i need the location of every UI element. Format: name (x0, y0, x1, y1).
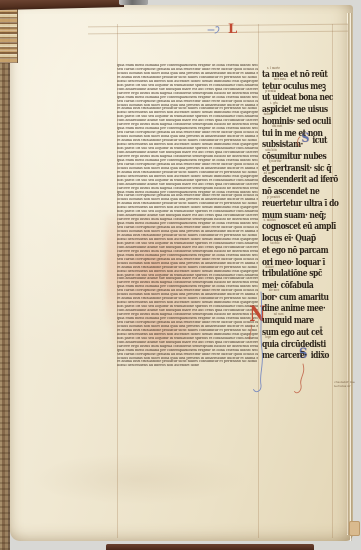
ruling-line-vertical (258, 24, 259, 538)
gloss-column: quia enim mens humana per contemplatione… (117, 64, 258, 371)
interlinear-gloss: p'sentia (265, 90, 276, 93)
parchment-crease (34, 435, 294, 515)
marginal-annotation-line: lectulus m' (334, 385, 355, 389)
interlinear-gloss: iudicis (264, 113, 273, 116)
facing-page-decorated-edge (0, 9, 18, 63)
interlinear-gloss: q̄ moritur (269, 160, 282, 163)
bible-line: sum ego aut cet̄ (262, 328, 338, 340)
interlinear-gloss: lege (265, 336, 271, 339)
bible-line: tribulatiōne spc̄ (262, 269, 338, 281)
interlinear-gloss: ad ima (264, 172, 273, 175)
bible-line: bor· cum amaritu (262, 293, 338, 305)
bible-line: me carcere̅· (262, 351, 338, 363)
interlinear-gloss: s. mūdus (264, 219, 276, 222)
interlinear-gloss: s. ī morte (267, 67, 280, 70)
interlinear-gloss: i. gr̄a (270, 102, 277, 105)
bible-line: aspiciet me uisus (262, 105, 338, 117)
metal-clip-icon (119, 0, 148, 5)
interlinear-gloss: nō sum (274, 313, 284, 316)
interlinear-gloss: uita hōis (265, 149, 277, 152)
bible-line: descenderit ad iferō (262, 175, 338, 187)
underleaf-edge-line (350, 13, 351, 541)
page-marker-tab (349, 521, 360, 536)
marginal-annotation: cōsolabit' me lectulus m' (334, 381, 355, 389)
interlinear-gloss: mēs mea (274, 78, 286, 81)
bible-line: et pertransit· sic q̄ (262, 164, 338, 176)
bible-line: tui in me et non (262, 129, 338, 141)
table-edge (106, 544, 314, 550)
interlinear-gloss: tacēdo (270, 242, 279, 245)
gloss-line: homo descendens ad inferos non ascendet … (117, 364, 199, 368)
quire-mark-letter: L (228, 23, 237, 36)
interlinear-gloss: dolore (265, 266, 274, 269)
bible-line: cognoscet eū amplī (262, 222, 338, 234)
bible-line: umquid mare (262, 316, 338, 328)
book-spine-edge (0, 0, 10, 550)
bible-line: et ego nō parcam (262, 246, 338, 258)
manuscript-photo: L quia enim mens humana per contemplatio… (0, 0, 361, 550)
ruling-line-vertical (347, 24, 348, 534)
interlinear-gloss: aīe mee (269, 289, 280, 292)
bible-text-column: N S icut S idix̄o ta mea et nō reūttetur… (262, 70, 338, 363)
interlinear-gloss: p' penitēt (267, 196, 280, 199)
bible-line: quia circūdedisti (262, 340, 338, 352)
bible-line: reuertetur ultra ī do (262, 199, 338, 211)
interlinear-gloss: dn̄i mei (272, 125, 282, 128)
